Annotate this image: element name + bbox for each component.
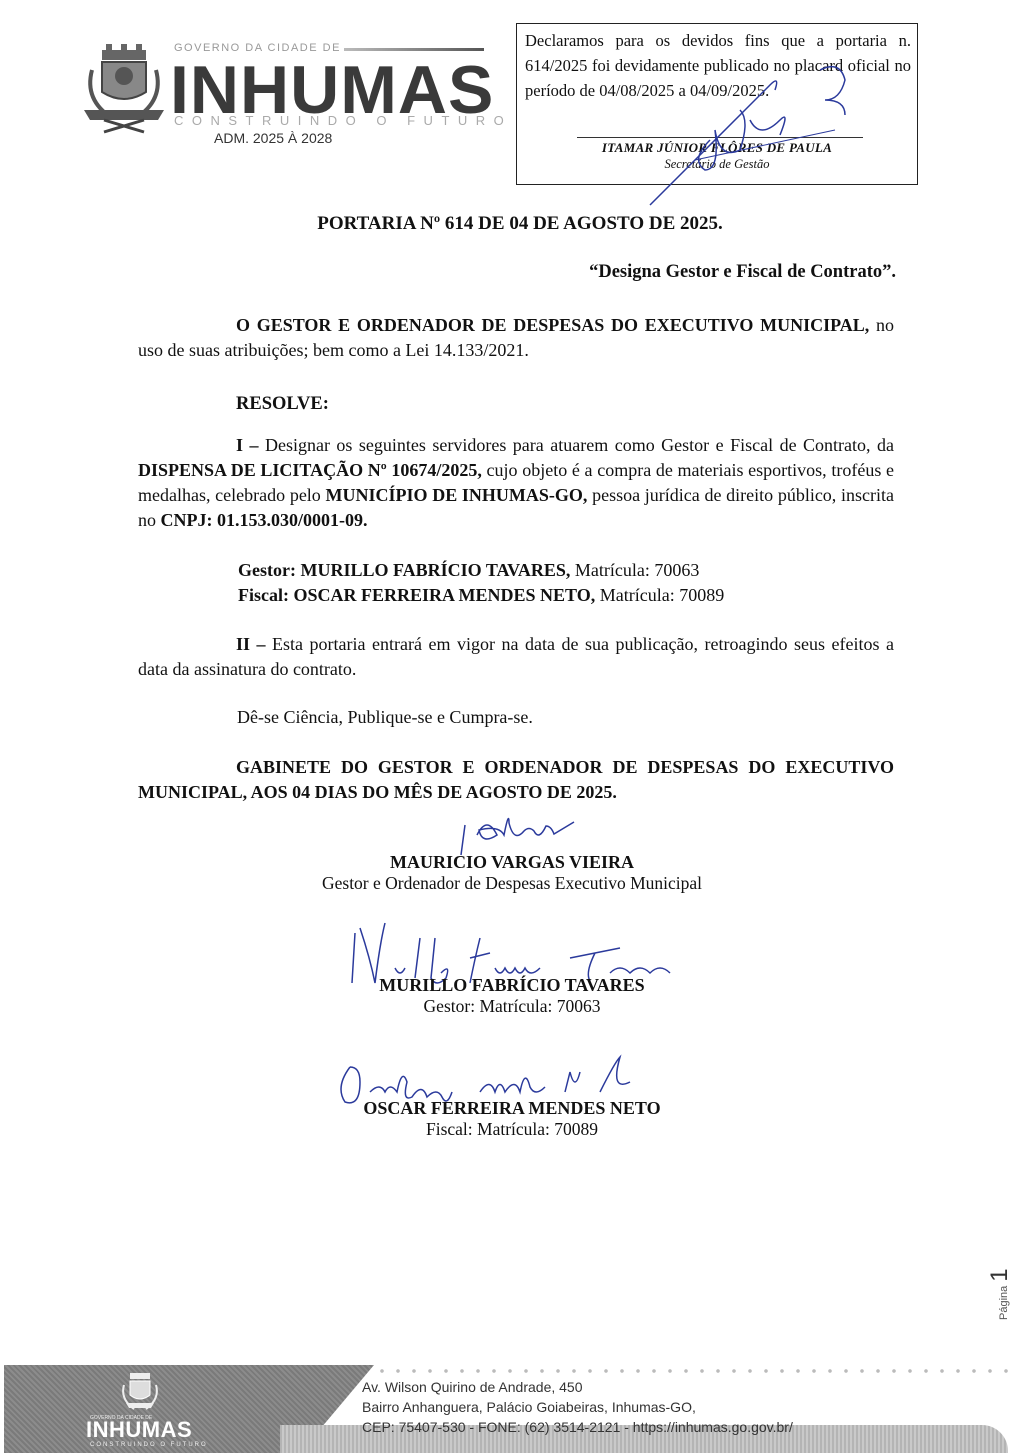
stamp-signature-icon <box>600 60 900 210</box>
article-two: II – Esta portaria entrará em vigor na d… <box>138 632 894 682</box>
signer-role: Gestor e Ordenador de Despesas Executivo… <box>0 873 1024 894</box>
signer-role: Fiscal: Matrícula: 70089 <box>0 1119 1024 1140</box>
article-one: I – Designar os seguintes servidores par… <box>138 433 894 533</box>
footer-address: Av. Wilson Quirino de Andrade, 450 Bairr… <box>362 1377 793 1437</box>
designation-registration: Matrícula: 70089 <box>595 585 724 605</box>
article-one-text-1: Designar os seguintes servidores para at… <box>258 435 894 455</box>
article-two-label: II – <box>236 634 266 654</box>
page-indicator: Página1 <box>986 1260 1024 1320</box>
admin-period: ADM. 2025 À 2028 <box>214 130 332 146</box>
closing-formula: Dê-se Ciência, Publique-se e Cumpra-se. <box>237 705 533 730</box>
designation-registration: Matrícula: 70063 <box>570 560 699 580</box>
designation-inspector: Fiscal: OSCAR FERREIRA MENDES NETO, Matr… <box>238 583 878 608</box>
procurement-number: DISPENSA DE LICITAÇÃO Nº 10674/2025, <box>138 460 482 480</box>
address-neighborhood: Bairro Anhanguera, Palácio Goiabeiras, I… <box>362 1397 793 1417</box>
signature-block-ordinator: MAURICIO VARGAS VIEIRA Gestor e Ordenado… <box>0 852 1024 894</box>
page-label: Página <box>998 1286 1010 1320</box>
intro-authority: O GESTOR E ORDENADOR DE DESPESAS DO EXEC… <box>236 315 869 335</box>
signature-block-inspector: OSCAR FERREIRA MENDES NETO Fiscal: Matrí… <box>0 1098 1024 1140</box>
resolve-heading: RESOLVE: <box>236 392 329 417</box>
page-number: 1 <box>986 1268 1013 1281</box>
designation-role: Gestor: <box>238 560 296 580</box>
coat-of-arms-icon <box>74 40 174 140</box>
designation-manager: Gestor: MURILLO FABRÍCIO TAVARES, Matríc… <box>238 558 878 583</box>
signature-block-manager: MURILLO FABRÍCIO TAVARES Gestor: Matrícu… <box>0 975 1024 1017</box>
document-subtitle: “Designa Gestor e Fiscal de Contrato”. <box>589 262 896 283</box>
address-contact: CEP: 75407-530 - FONE: (62) 3514-2121 - … <box>362 1417 793 1437</box>
footer-city-name: INHUMAS <box>86 1417 192 1443</box>
designations-list: Gestor: MURILLO FABRÍCIO TAVARES, Matríc… <box>238 558 878 608</box>
signer-role: Gestor: Matrícula: 70063 <box>0 996 1024 1017</box>
designation-name: MURILLO FABRÍCIO TAVARES, <box>300 560 570 580</box>
footer-coat-of-arms-icon <box>118 1371 162 1415</box>
article-one-label: I – <box>236 435 258 455</box>
address-street: Av. Wilson Quirino de Andrade, 450 <box>362 1377 793 1397</box>
signer-name: MURILLO FABRÍCIO TAVARES <box>0 975 1024 996</box>
designation-name: OSCAR FERREIRA MENDES NETO, <box>294 585 596 605</box>
designation-role: Fiscal: <box>238 585 289 605</box>
footer-dot-rule <box>374 1367 1014 1375</box>
cnpj-number: CNPJ: 01.153.030/0001-09. <box>161 510 368 530</box>
footer-tagline: CONSTRUINDO O FUTURO <box>90 1442 208 1448</box>
footer-banner: GOVERNO DA CIDADE DE INHUMAS CONSTRUINDO… <box>0 1365 1024 1453</box>
cabinet-statement: GABINETE DO GESTOR E ORDENADOR DE DESPES… <box>138 755 894 805</box>
city-logo: GOVERNO DA CIDADE DE INHUMAS CONSTRUINDO… <box>74 30 494 150</box>
signer-name: OSCAR FERREIRA MENDES NETO <box>0 1098 1024 1119</box>
municipality-name: MUNICÍPIO DE INHUMAS-GO, <box>326 485 588 505</box>
signer-name: MAURICIO VARGAS VIEIRA <box>0 852 1024 873</box>
city-tagline: CONSTRUINDO O FUTURO <box>174 113 512 128</box>
intro-paragraph: O GESTOR E ORDENADOR DE DESPESAS DO EXEC… <box>138 313 894 363</box>
document-title: PORTARIA Nº 614 DE 04 DE AGOSTO DE 2025. <box>0 213 1024 235</box>
